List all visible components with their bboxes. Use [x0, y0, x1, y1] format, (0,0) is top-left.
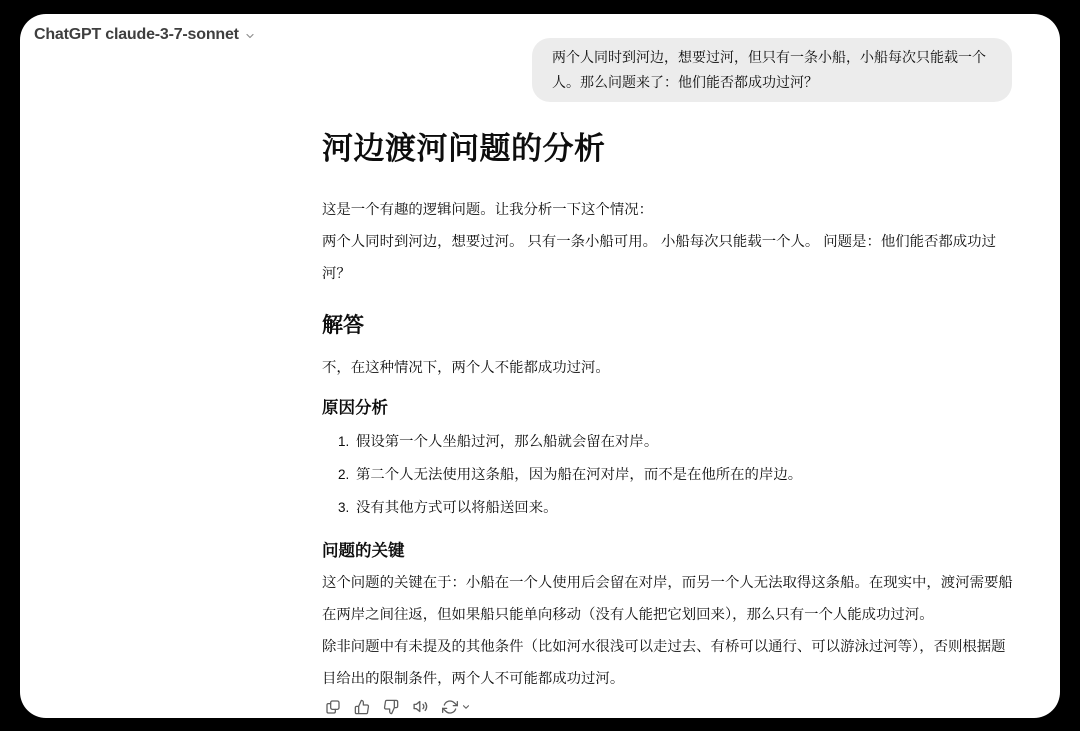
- regenerate-icon: [442, 699, 458, 715]
- thumbs-down-button[interactable]: [382, 698, 400, 716]
- speaker-icon: [412, 698, 429, 715]
- message-actions: [322, 697, 1016, 716]
- model-selector-label: ChatGPT claude-3-7-sonnet: [34, 26, 239, 44]
- answer-paragraph: 不，在这种情况下，两个人不能都成功过河。: [322, 352, 1016, 384]
- regenerate-button[interactable]: [441, 698, 472, 716]
- response-title: 河边渡河问题的分析: [322, 130, 1016, 168]
- intro-paragraph-1: 这是一个有趣的逻辑问题。让我分析一下这个情况：: [322, 194, 1016, 226]
- list-item: 没有其他方式可以将船送回来。: [353, 492, 1016, 524]
- chevron-down-icon: [244, 30, 256, 42]
- answer-heading: 解答: [322, 312, 1016, 340]
- key-paragraph: 这个问题的关键在于：小船在一个人使用后会留在对岸，而另一个人无法取得这条船。在现…: [322, 567, 1016, 631]
- intro-paragraph-2: 两个人同时到河边，想要过河。 只有一条小船可用。 小船每次只能载一个人。 问题是…: [322, 226, 1016, 290]
- assistant-message: 河边渡河问题的分析 这是一个有趣的逻辑问题。让我分析一下这个情况： 两个人同时到…: [322, 14, 1016, 716]
- read-aloud-button[interactable]: [411, 697, 430, 716]
- reasons-list: 假设第一个人坐船过河，那么船就会留在对岸。 第二个人无法使用这条船，因为船在河对…: [322, 426, 1016, 524]
- key-heading: 问题的关键: [322, 539, 1016, 563]
- chat-window: ChatGPT claude-3-7-sonnet 两个人同时到河边，想要过河，…: [20, 14, 1060, 718]
- copy-button[interactable]: [324, 698, 342, 716]
- list-item: 第二个人无法使用这条船，因为船在河对岸，而不是在他所在的岸边。: [353, 459, 1016, 491]
- thumbs-down-icon: [383, 699, 399, 715]
- conclusion-paragraph: 除非问题中有未提及的其他条件（比如河水很浅可以走过去、有桥可以通行、可以游泳过河…: [322, 631, 1016, 695]
- list-item: 假设第一个人坐船过河，那么船就会留在对岸。: [353, 426, 1016, 458]
- model-selector[interactable]: ChatGPT claude-3-7-sonnet: [34, 26, 256, 44]
- copy-icon: [325, 699, 341, 715]
- chevron-down-icon: [461, 702, 471, 712]
- thumbs-up-icon: [354, 699, 370, 715]
- reasons-heading: 原因分析: [322, 396, 1016, 420]
- thumbs-up-button[interactable]: [353, 698, 371, 716]
